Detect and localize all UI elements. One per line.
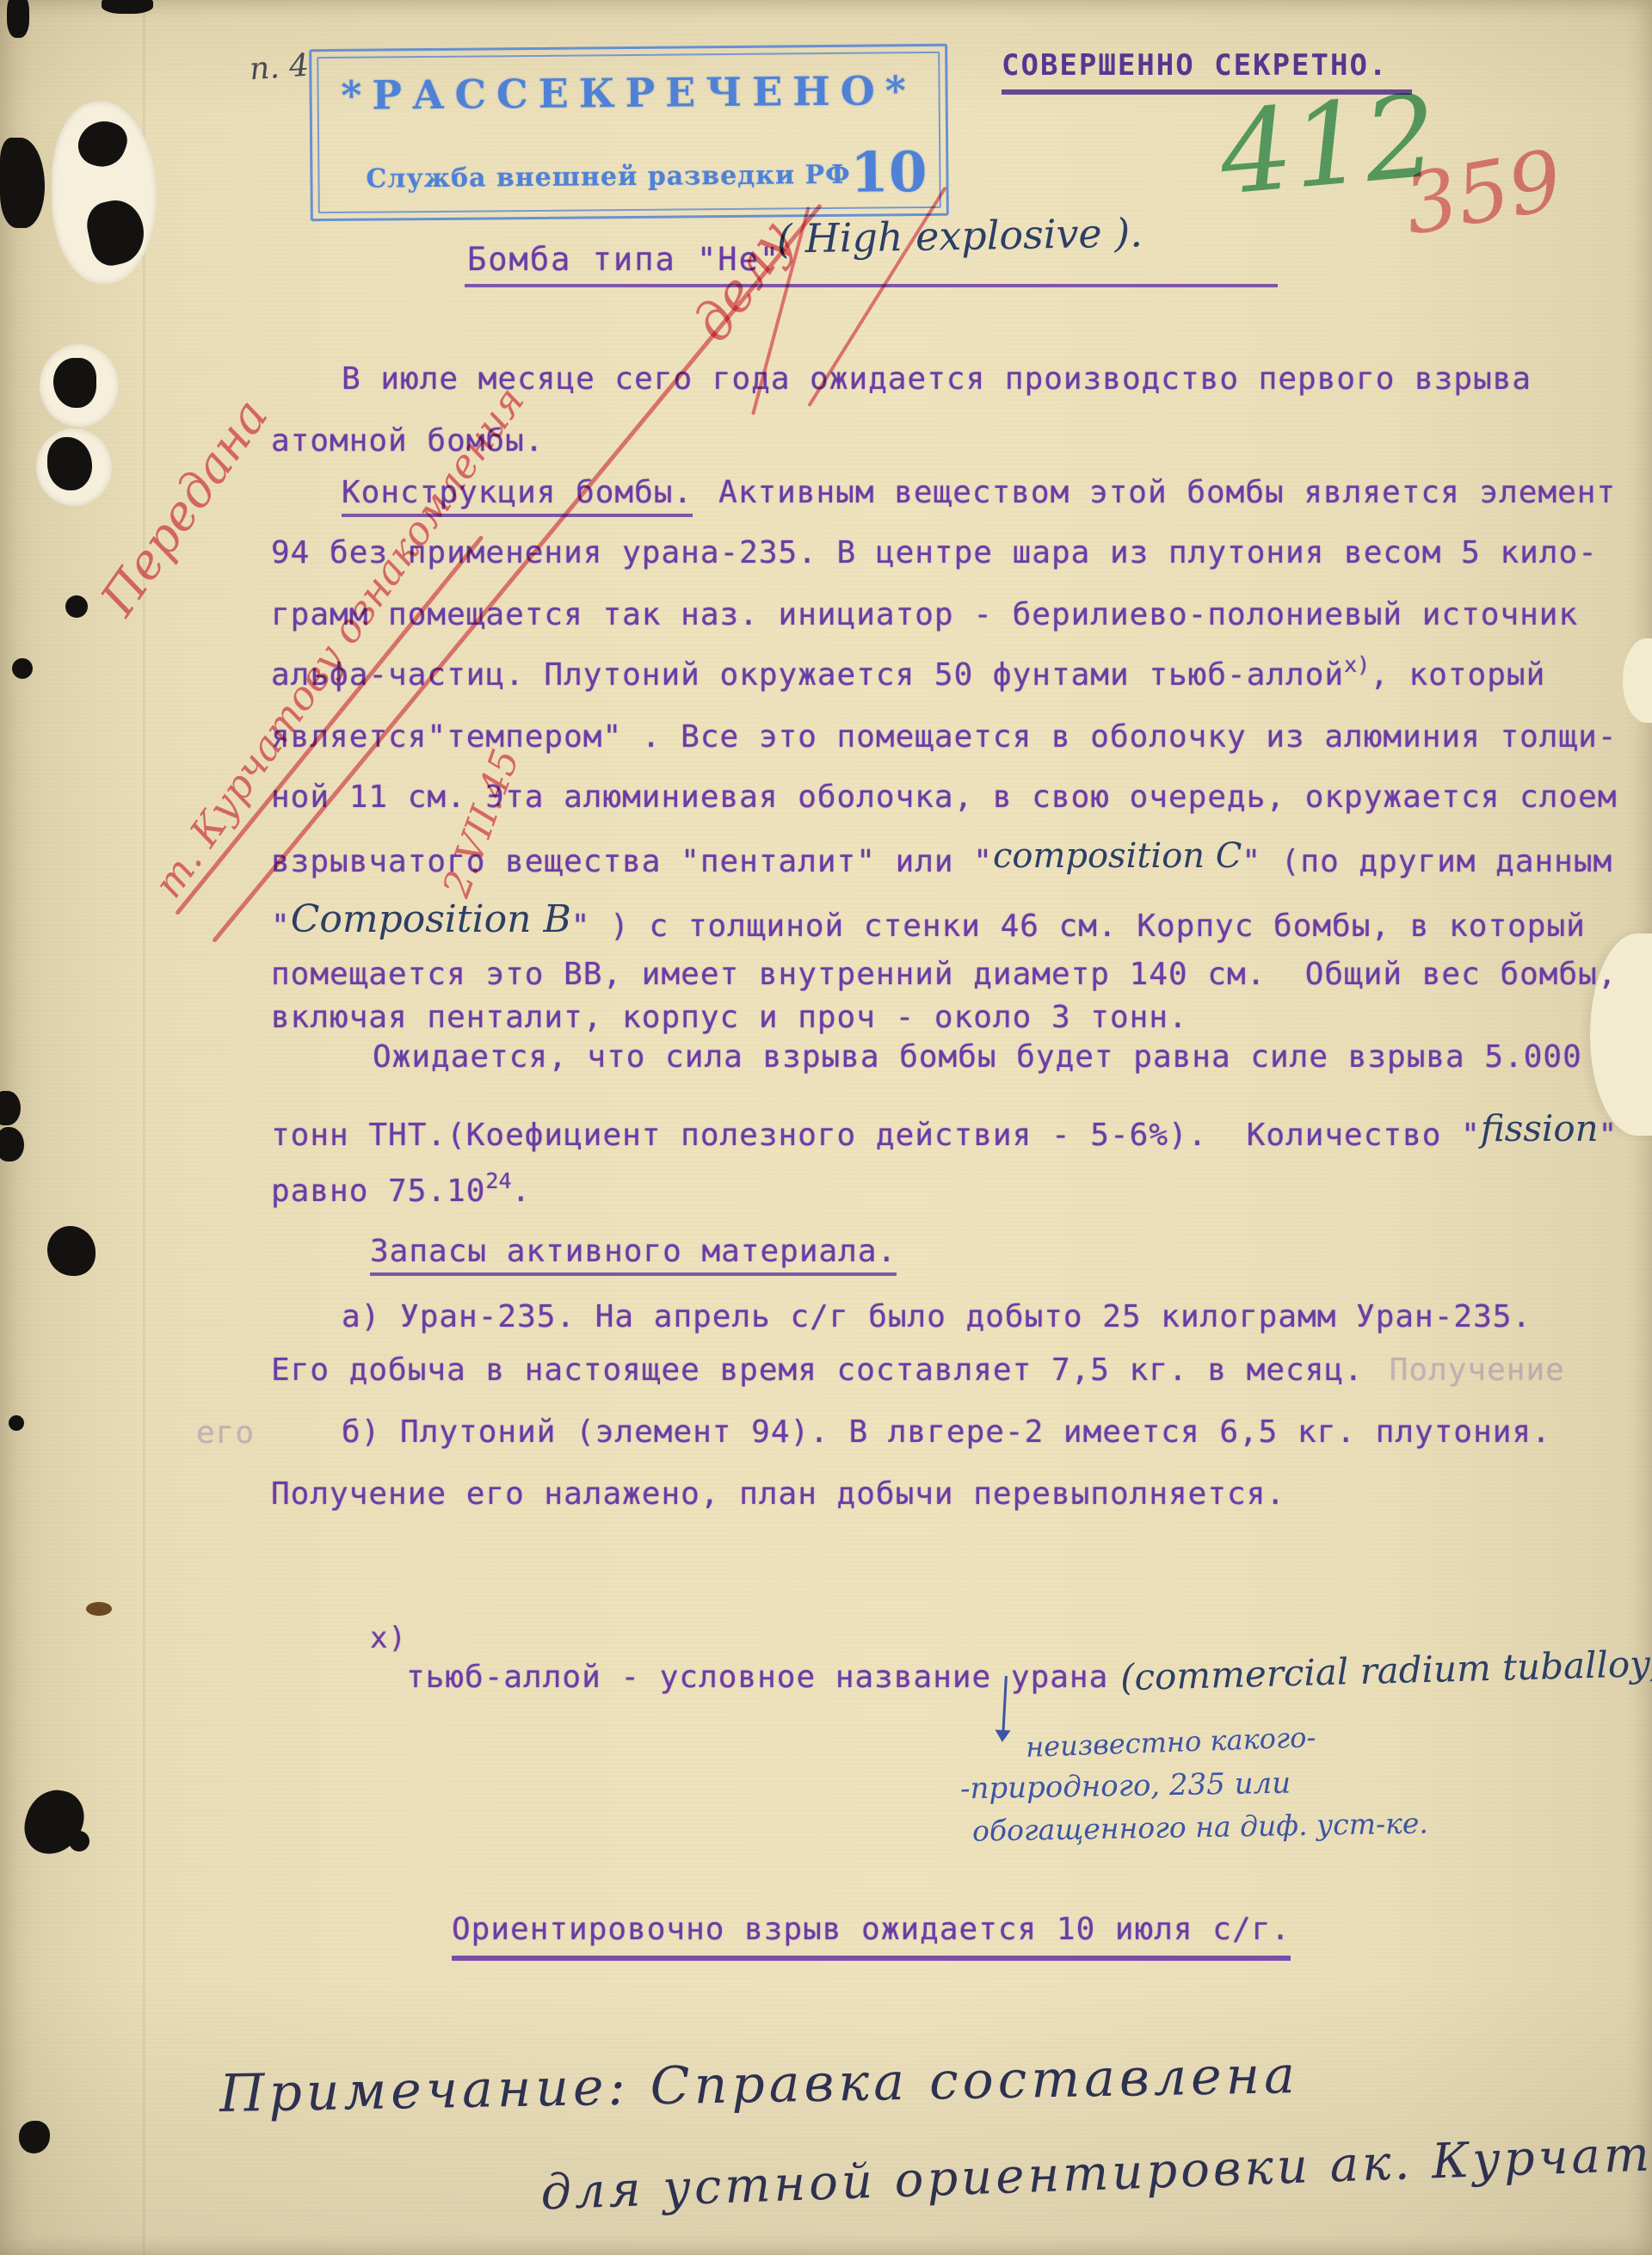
typed-line: Его добыча в настоящее время составляет … (271, 1352, 1565, 1388)
paper-hole (0, 138, 45, 228)
typed-text: " (по другим данным (1242, 844, 1612, 879)
footnote-marker: х) (1344, 652, 1370, 677)
typed-line: помещается это ВВ, имеет внутренний диам… (271, 957, 1618, 992)
footnote-marker: х) (370, 1621, 407, 1655)
typed-line: Конструкция бомбы.Активным веществом это… (342, 475, 1616, 510)
typed-line: тонн ТНТ.(Коефициент полезного действия … (271, 1112, 1618, 1154)
typed-line: равно 75.1024. (271, 1174, 531, 1209)
paper-hole (12, 658, 33, 679)
faded-typed-text: его (196, 1415, 255, 1451)
handwritten-insert: composition C (993, 836, 1242, 876)
typed-text: тонн ТНТ.(Коефициент полезного действия … (271, 1118, 1481, 1153)
paper-hole (53, 358, 96, 408)
typed-line: альфа-частиц. Плутоний окружается 50 фун… (271, 657, 1545, 693)
typed-line: В июле месяце сего года ожидается произв… (342, 361, 1532, 397)
red-annotation-word: Передана (90, 389, 280, 625)
handwritten-insert: Composition B (291, 897, 571, 941)
paper-fold-line (143, 0, 148, 2255)
paper-hole (47, 1226, 96, 1276)
margin-note-line: неизвестно какого- (1025, 1721, 1316, 1764)
typed-line: является"темпером" . Все это помещается … (271, 719, 1618, 755)
handwritten-insert: fission (1481, 1107, 1599, 1149)
typed-line: а) Уран-235. На апрель с/г было добыто 2… (342, 1299, 1532, 1334)
typed-line: "Composition B" ) с толщиной стенки 46 с… (271, 902, 1586, 946)
stamp-agency: Служба внешней разведки РФ (366, 160, 850, 194)
stamp-number: 10 (850, 140, 928, 206)
typed-text: Активным веществом этой бомбы является э… (718, 475, 1616, 510)
section-heading: Запасы активного материала. (370, 1234, 897, 1276)
bottom-note-line: Примечание: Справка составлена (219, 2045, 1299, 2124)
paper-hole (0, 1091, 21, 1125)
document-title-handwritten: ( High explosive ). (777, 209, 1143, 262)
typed-text: равно 75.10 (271, 1174, 485, 1209)
typed-text: " (271, 909, 291, 944)
bottom-note-line: для устной ориентировки ак. Курчатова (539, 2123, 1652, 2221)
typed-text: Его добыча в настоящее время составляет … (271, 1352, 1364, 1388)
typed-text: взрывчатого вещества "пенталит" или " (271, 844, 993, 879)
paper-hole (102, 0, 153, 14)
typed-text: тьюб-аллой - условное название урана (406, 1660, 1108, 1695)
typed-line: грамм помещается так наз. инициатор - бе… (271, 597, 1578, 632)
handwritten-insert: (commercial radium tuballoy) (1120, 1642, 1652, 1699)
paper-hole (0, 1127, 24, 1161)
typed-text: . (512, 1174, 532, 1209)
paper-hole (69, 1831, 89, 1851)
paper-hole (9, 1415, 24, 1431)
typed-line: Ожидается, что сила взрыва бомбы будет р… (373, 1039, 1582, 1075)
paper-tear (1623, 638, 1652, 723)
conclusion-line: Ориентировочно взрыв ожидается 10 июля с… (452, 1912, 1291, 1961)
section-heading: Конструкция бомбы. (342, 475, 693, 517)
document-page: п. 4 *РАССЕКРЕЧЕНО* Служба внешней разве… (0, 0, 1652, 2255)
faded-typed-text: Получение (1390, 1352, 1565, 1388)
pencil-page-note: п. 4 (249, 48, 311, 88)
stamp-title: *РАССЕКРЕЧЕНО* (311, 67, 945, 119)
typed-line: Запасы активного материала. (370, 1234, 897, 1269)
declassified-stamp: *РАССЕКРЕЧЕНО* Служба внешней разведки Р… (309, 44, 949, 221)
exponent: 24 (485, 1168, 511, 1193)
typed-text: " (1599, 1118, 1618, 1153)
paper-stain (86, 1602, 112, 1616)
typed-line: Получение его налажено, план добычи пере… (271, 1476, 1285, 1512)
typed-text: " ) с толщиной стенки 46 см. Корпус бомб… (571, 909, 1586, 944)
footnote-line: тьюб-аллой - условное название урана(com… (406, 1654, 1652, 1696)
margin-note-line: обогащенного на диф. уст-ке. (972, 1806, 1428, 1847)
typed-line: включая пенталит, корпус и проч - около … (271, 1000, 1188, 1035)
paper-hole (7, 0, 29, 38)
title-underline (465, 284, 1278, 287)
typed-text: , который (1370, 657, 1545, 693)
paper-hole (65, 595, 88, 618)
margin-note-line: -природного, 235 или (960, 1766, 1291, 1807)
paper-hole (19, 2121, 50, 2153)
typed-line: б) Плутоний (элемент 94). В лвгере-2 име… (342, 1414, 1551, 1450)
